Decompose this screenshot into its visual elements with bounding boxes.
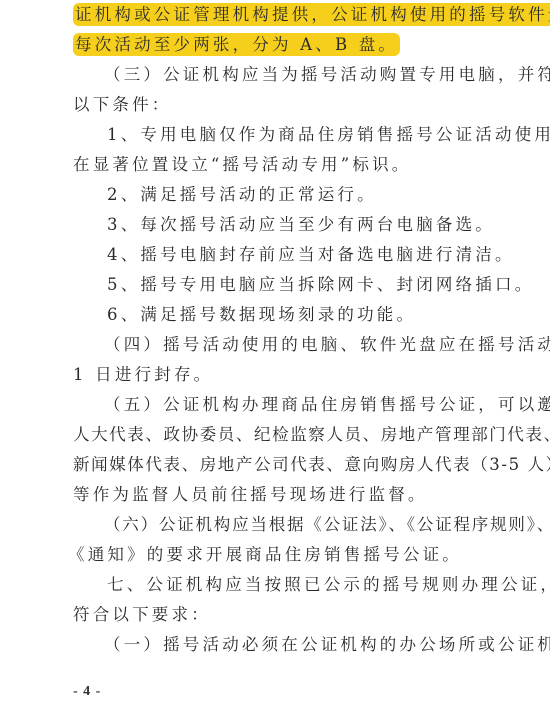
section-heading-7: 七、公证机构应当按照已公示的摇号规则办理公证，并 xyxy=(107,574,458,596)
text-line: 《通知》的要求开展商品住房销售摇号公证。 xyxy=(68,544,453,566)
section-heading-1: （一）摇号活动必须在公证机构的办公场所或公证机构 xyxy=(104,634,455,656)
section-heading-3: （三）公证机构应当为摇号活动购置专用电脑，并符合 xyxy=(104,64,455,86)
list-item-1: 1、专用电脑仅作为商品住房销售摇号公证活动使用并 xyxy=(107,124,458,146)
list-item-5: 5、摇号专用电脑应当拆除网卡、封闭网络插口。 xyxy=(107,274,458,296)
list-item-2: 2、满足摇号活动的正常运行。 xyxy=(107,184,458,206)
list-item-3: 3、每次摇号活动应当至少有两台电脑备选。 xyxy=(107,214,458,236)
text-line: 符合以下要求： xyxy=(73,604,458,626)
section-heading-6: （六）公证机构应当根据《公证法》、《公证程序规则》、 xyxy=(104,514,455,536)
section-heading-4: （四）摇号活动使用的电脑、软件光盘应在摇号活动前 xyxy=(104,334,455,356)
text-line: 1 日进行封存。 xyxy=(73,364,458,386)
text-line-highlighted: 证机构或公证管理机构提供，公证机构使用的摇号软件光盘 xyxy=(73,4,458,26)
section-heading-5: （五）公证机构办理商品住房销售摇号公证，可以邀请 xyxy=(104,394,455,416)
list-item-4: 4、摇号电脑封存前应当对备选电脑进行清洁。 xyxy=(107,244,458,266)
highlight: 证机构或公证管理机构提供，公证机构使用的摇号软件光盘 xyxy=(73,3,550,26)
text-line: 新闻媒体代表、房地产公司代表、意向购房人代表（3-5 人） xyxy=(73,454,458,476)
document-page: 证机构或公证管理机构提供，公证机构使用的摇号软件光盘 每次活动至少两张，分为 A… xyxy=(0,0,550,714)
text-line: 人大代表、政协委员、纪检监察人员、房地产管理部门代表、 xyxy=(73,424,458,446)
text-line: 等作为监督人员前往摇号现场进行监督。 xyxy=(73,484,458,506)
text-line: 在显著位置设立“摇号活动专用”标识。 xyxy=(73,154,458,176)
list-item-6: 6、满足摇号数据现场刻录的功能。 xyxy=(107,304,458,326)
text-line-highlighted: 每次活动至少两张，分为 A、B 盘。 xyxy=(73,34,458,56)
text-line: 以下条件： xyxy=(73,94,458,116)
highlight: 每次活动至少两张，分为 A、B 盘。 xyxy=(73,33,400,56)
page-number: - 4 - xyxy=(73,684,101,700)
